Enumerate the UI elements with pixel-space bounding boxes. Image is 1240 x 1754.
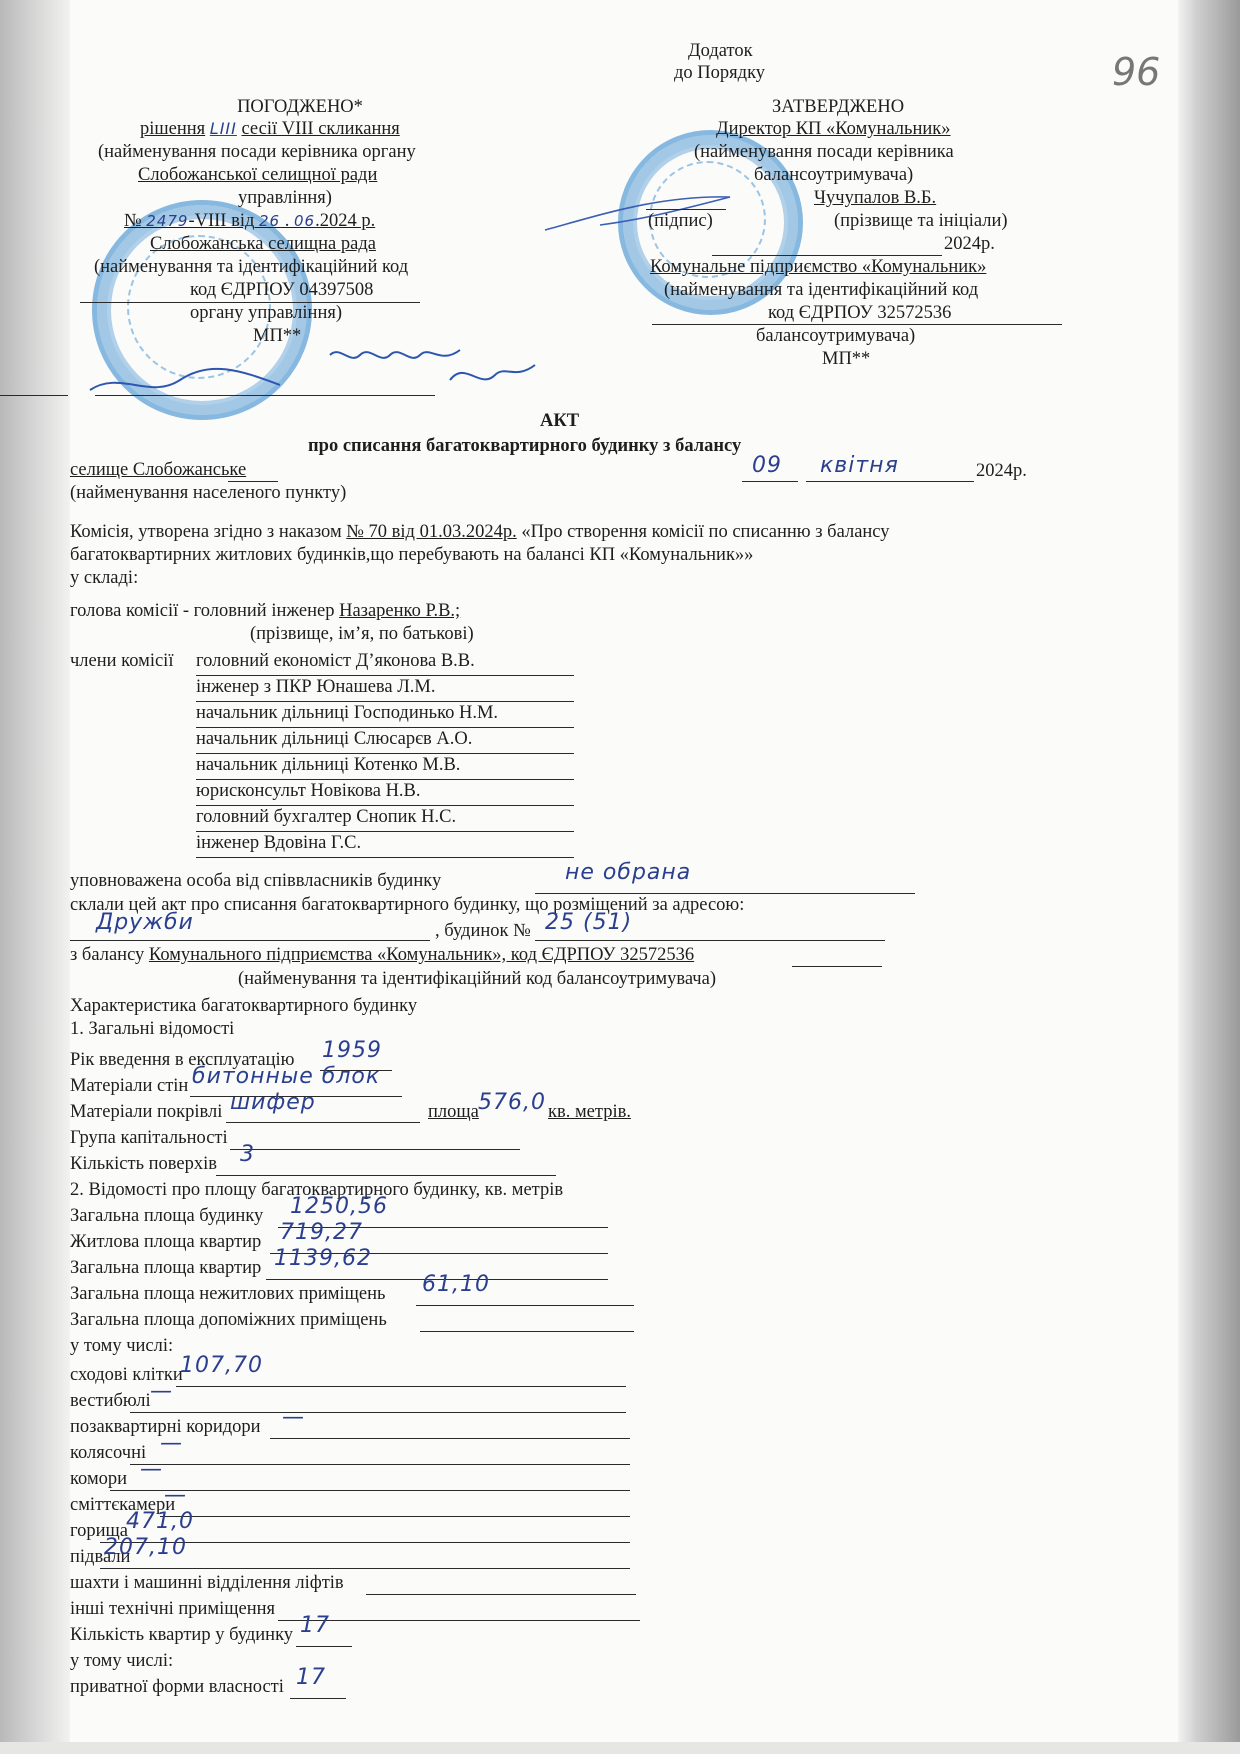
roof-area-unit: кв. метрів.: [548, 1101, 631, 1123]
page-edge-shadow: [1178, 0, 1240, 1754]
roof-label: Матеріали покрівлі: [70, 1101, 222, 1123]
building-label: , будинок №: [435, 920, 531, 942]
aux-line: [160, 1516, 630, 1517]
agreed-caption-name-code: (найменування та ідентифікаційний код: [94, 256, 408, 278]
aux-line: [110, 1490, 630, 1491]
agreed-caption-management: управління): [238, 187, 332, 209]
characteristics-heading: Характеристика багатоквартирного будинку: [70, 995, 417, 1017]
aux-line: [130, 1412, 626, 1413]
year-handwritten: 1959: [322, 1040, 382, 1062]
bottom-edge: [0, 1742, 1240, 1754]
private-label: приватної форми власності: [70, 1676, 284, 1698]
including-label-2: у тому числі:: [70, 1650, 173, 1672]
floors-label: Кількість поверхів: [70, 1153, 217, 1175]
appendix-order: до Порядку: [674, 62, 765, 84]
member-row: головний економіст Д’яконова В.В.: [196, 650, 574, 676]
area-label: Загальна площа квартир: [70, 1257, 261, 1279]
act-date-day-handwritten: 09: [752, 455, 782, 477]
approved-caption-name-code: (найменування та ідентифікаційний код: [664, 279, 978, 301]
aux-handwritten: —: [164, 1485, 187, 1507]
aux-label: шахти і машинні відділення ліфтів: [70, 1572, 344, 1594]
commission-chair: голова комісії - головний інженер Назаре…: [70, 600, 460, 622]
area-handwritten: 1139,62: [274, 1248, 372, 1270]
aux-handwritten: —: [140, 1459, 163, 1481]
roof-area-handwritten: 576,0: [478, 1092, 546, 1114]
session-number-handwritten: LIII: [210, 119, 237, 138]
act-date-year: 2024р.: [976, 460, 1027, 482]
appendix-label: Додаток: [688, 40, 753, 62]
members-label: члени комісії: [70, 650, 173, 672]
approved-date-year: 2024р.: [944, 233, 995, 255]
approved-signer: Чучупалов В.Б.: [814, 187, 936, 209]
aux-line: [278, 1620, 640, 1621]
commission-intro: Комісія, утворена згідно з наказом № 70 …: [70, 521, 890, 543]
commission-intro-3: у складі:: [70, 567, 138, 589]
approved-enterprise: Комунальне підприємство «Комунальник»: [650, 256, 986, 278]
capital-group-line: [230, 1149, 520, 1150]
aux-line: [100, 1568, 630, 1569]
page-number: 96: [1112, 50, 1160, 94]
agreed-edrpou: код ЄДРПОУ 04397508: [190, 279, 373, 301]
commission-intro-2: багатоквартирних житлових будинків,що пе…: [70, 544, 753, 566]
member-row: начальник дільниці Слюсарєв А.О.: [196, 728, 574, 754]
approved-position: Директор КП «Комунальник»: [716, 118, 951, 140]
coowner-handwritten: не обрана: [565, 862, 691, 884]
private-handwritten: 17: [296, 1667, 326, 1689]
aux-handwritten: —: [160, 1433, 183, 1455]
agreed-title: ПОГОДЖЕНО*: [100, 96, 500, 118]
walls-handwritten: битонные блок: [192, 1066, 380, 1088]
commission-members-list: головний економіст Д’яконова В.В. інжене…: [196, 650, 574, 858]
approved-caption-signature: (підпис): [648, 210, 713, 232]
agreed-signature-line: [95, 395, 435, 396]
aux-handwritten: 471,0: [126, 1511, 194, 1533]
act-date-month-line: [806, 481, 974, 482]
agreed-caption-body: органу управління): [190, 302, 342, 324]
aux-label: комори: [70, 1468, 127, 1490]
coowner-label: уповноважена особа від співвласників буд…: [70, 870, 441, 892]
approved-caption-holder2: балансоутримувача): [756, 325, 915, 347]
area-handwritten: 719,27: [280, 1222, 363, 1244]
approved-caption-name: (прізвище та ініціали): [834, 210, 1008, 232]
act-caption-settlement: (найменування населеного пункту): [70, 482, 346, 504]
act-subtitle: про списання багатоквартирного будинку з…: [308, 435, 741, 457]
apartments-handwritten: 17: [300, 1615, 330, 1637]
area-label: Загальна площа будинку: [70, 1205, 263, 1227]
section-general: 1. Загальні відомості: [70, 1018, 234, 1040]
private-line: [290, 1698, 346, 1699]
roof-handwritten: шифер: [230, 1092, 316, 1114]
caption-fullname: (прізвище, ім’я, по батькові): [250, 623, 474, 645]
approved-title: ЗАТВЕРДЖЕНО: [772, 96, 904, 118]
area-label: Житлова площа квартир: [70, 1231, 261, 1253]
aux-handwritten: —: [282, 1407, 305, 1429]
walls-label: Матеріали стін: [70, 1075, 188, 1097]
area-line: [416, 1305, 634, 1306]
aux-label: колясочні: [70, 1442, 146, 1464]
member-row: начальник дільниці Господинько Н.М.: [196, 702, 574, 728]
including-label: у тому числі:: [70, 1335, 173, 1357]
left-page-line: [0, 395, 68, 396]
roof-line: [226, 1122, 420, 1123]
building-handwritten: 25 (51): [545, 912, 632, 934]
roof-area-label: площа: [428, 1101, 479, 1123]
member-row: головний бухгалтер Снопик Н.С.: [196, 806, 574, 832]
area-handwritten: 1250,56: [290, 1196, 388, 1218]
agreed-seal: МП**: [253, 325, 301, 347]
aux-line: [270, 1438, 630, 1439]
member-row: інженер Вдовіна Г.С.: [196, 832, 574, 858]
agreed-council-name: Слобожанська селищна рада: [150, 233, 376, 255]
aux-line: [130, 1464, 630, 1465]
agreed-council: Слобожанської селищної ради: [138, 164, 377, 186]
act-date-day-line: [742, 481, 798, 482]
act-title: АКТ: [540, 410, 579, 432]
approved-caption-position: (найменування посади керівника: [694, 141, 954, 163]
floors-line: [216, 1175, 556, 1176]
approved-caption-holder: балансоутримувача): [754, 164, 913, 186]
balance-line: з балансу Комунального підприємства «Ком…: [70, 944, 694, 966]
act-settlement: селище Слобожанське: [70, 459, 246, 481]
aux-handwritten: —: [150, 1381, 173, 1403]
capital-group-label: Група капітальності: [70, 1127, 228, 1149]
document-page: 96 Додаток до Порядку ПОГОДЖЕНО* рішення…: [0, 0, 1240, 1754]
agreed-decision-number: № 2479-VIII від 26 . 06.2024 р.: [124, 210, 375, 232]
caption-holder: (найменування та ідентифікаційний код ба…: [238, 968, 716, 990]
approved-seal: МП**: [822, 348, 870, 370]
member-row: юрисконсульт Новікова Н.В.: [196, 780, 574, 806]
aux-handwritten: 107,70: [180, 1355, 263, 1377]
aux-line: [366, 1594, 636, 1595]
agreed-decision: рішення LIII сесії VIII скликання: [140, 118, 400, 140]
area-label: Загальна площа нежитлових приміщень: [70, 1283, 385, 1305]
aux-handwritten: 207,10: [104, 1537, 187, 1559]
member-row: інженер з ПКР Юнашева Л.М.: [196, 676, 574, 702]
aux-line: [176, 1386, 626, 1387]
apartments-label: Кількість квартир у будинку: [70, 1624, 293, 1646]
approved-edrpou: код ЄДРПОУ 32572536: [768, 302, 951, 324]
book-gutter-shadow: [0, 0, 70, 1754]
apartments-line: [296, 1646, 352, 1647]
aux-label: інші технічні приміщення: [70, 1598, 275, 1620]
agreed-caption-position: (найменування посади керівника органу: [98, 141, 416, 163]
signature-council-icon: [80, 330, 560, 410]
street-line: [70, 940, 430, 941]
area-label: Загальна площа допоміжних приміщень: [70, 1309, 387, 1331]
floors-handwritten: 3: [240, 1144, 255, 1166]
aux-label: вестибюлі: [70, 1390, 151, 1412]
area-handwritten: 61,10: [422, 1274, 490, 1296]
member-row: начальник дільниці Котенко М.В.: [196, 754, 574, 780]
act-date-month-handwritten: квітня: [820, 455, 899, 477]
balance-line-end: [792, 966, 882, 967]
area-line: [420, 1331, 634, 1332]
street-handwritten: Дружби: [96, 912, 194, 934]
building-line: [535, 940, 885, 941]
